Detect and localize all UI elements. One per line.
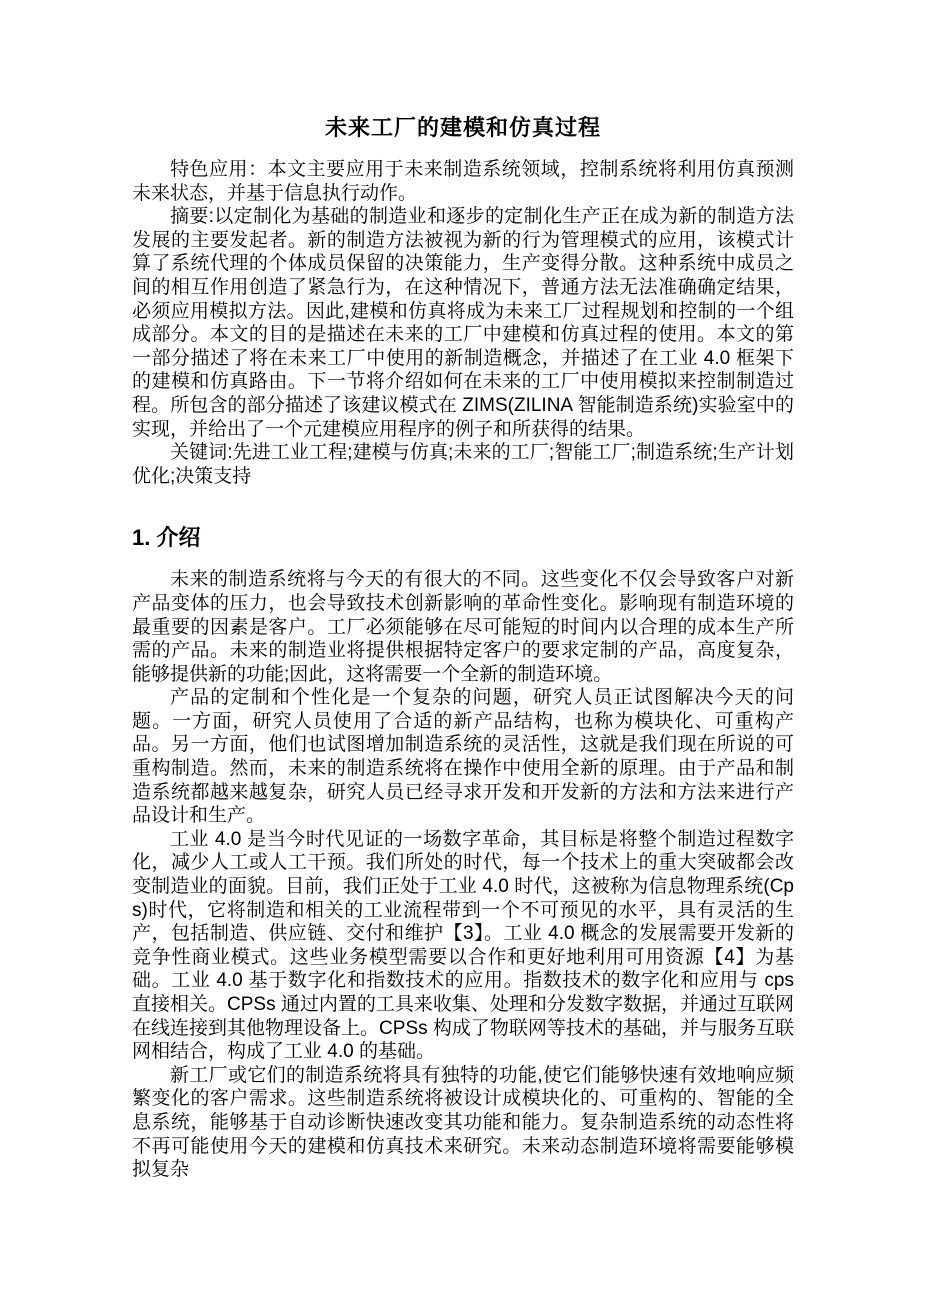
- document-page: 未来工厂的建模和仿真过程 特色应用：本文主要应用于未来制造系统领域，控制系统将利…: [0, 0, 926, 1309]
- intro-paragraph-2: 产品的定制和个性化是一个复杂的问题，研究人员正试图解决今天的问题。一方面，研究人…: [132, 686, 794, 828]
- intro-paragraph-1: 未来的制造系统将与今天的有很大的不同。这些变化不仅会导致客户对新产品变体的压力，…: [132, 568, 794, 686]
- intro-paragraph-3: 工业 4.0 是当今时代见证的一场数字革命，其目标是将整个制造过程数字化，减少人…: [132, 828, 794, 1064]
- document-title: 未来工厂的建模和仿真过程: [132, 112, 794, 144]
- intro-paragraph-4: 新工厂或它们的制造系统将具有独特的功能,使它们能够快速有效地响应频繁变化的客户需…: [132, 1064, 794, 1182]
- feature-application-paragraph: 特色应用：本文主要应用于未来制造系统领域，控制系统将利用仿真预测未来状态，并基于…: [132, 158, 794, 205]
- abstract-paragraph: 摘要:以定制化为基础的制造业和逐步的定制化生产正在成为新的制造方法发展的主要发起…: [132, 205, 794, 441]
- keywords-paragraph: 关键词:先进工业工程;建模与仿真;未来的工厂;智能工厂;制造系统;生产计划优化;…: [132, 441, 794, 488]
- section-1-heading: 1. 介绍: [132, 525, 794, 551]
